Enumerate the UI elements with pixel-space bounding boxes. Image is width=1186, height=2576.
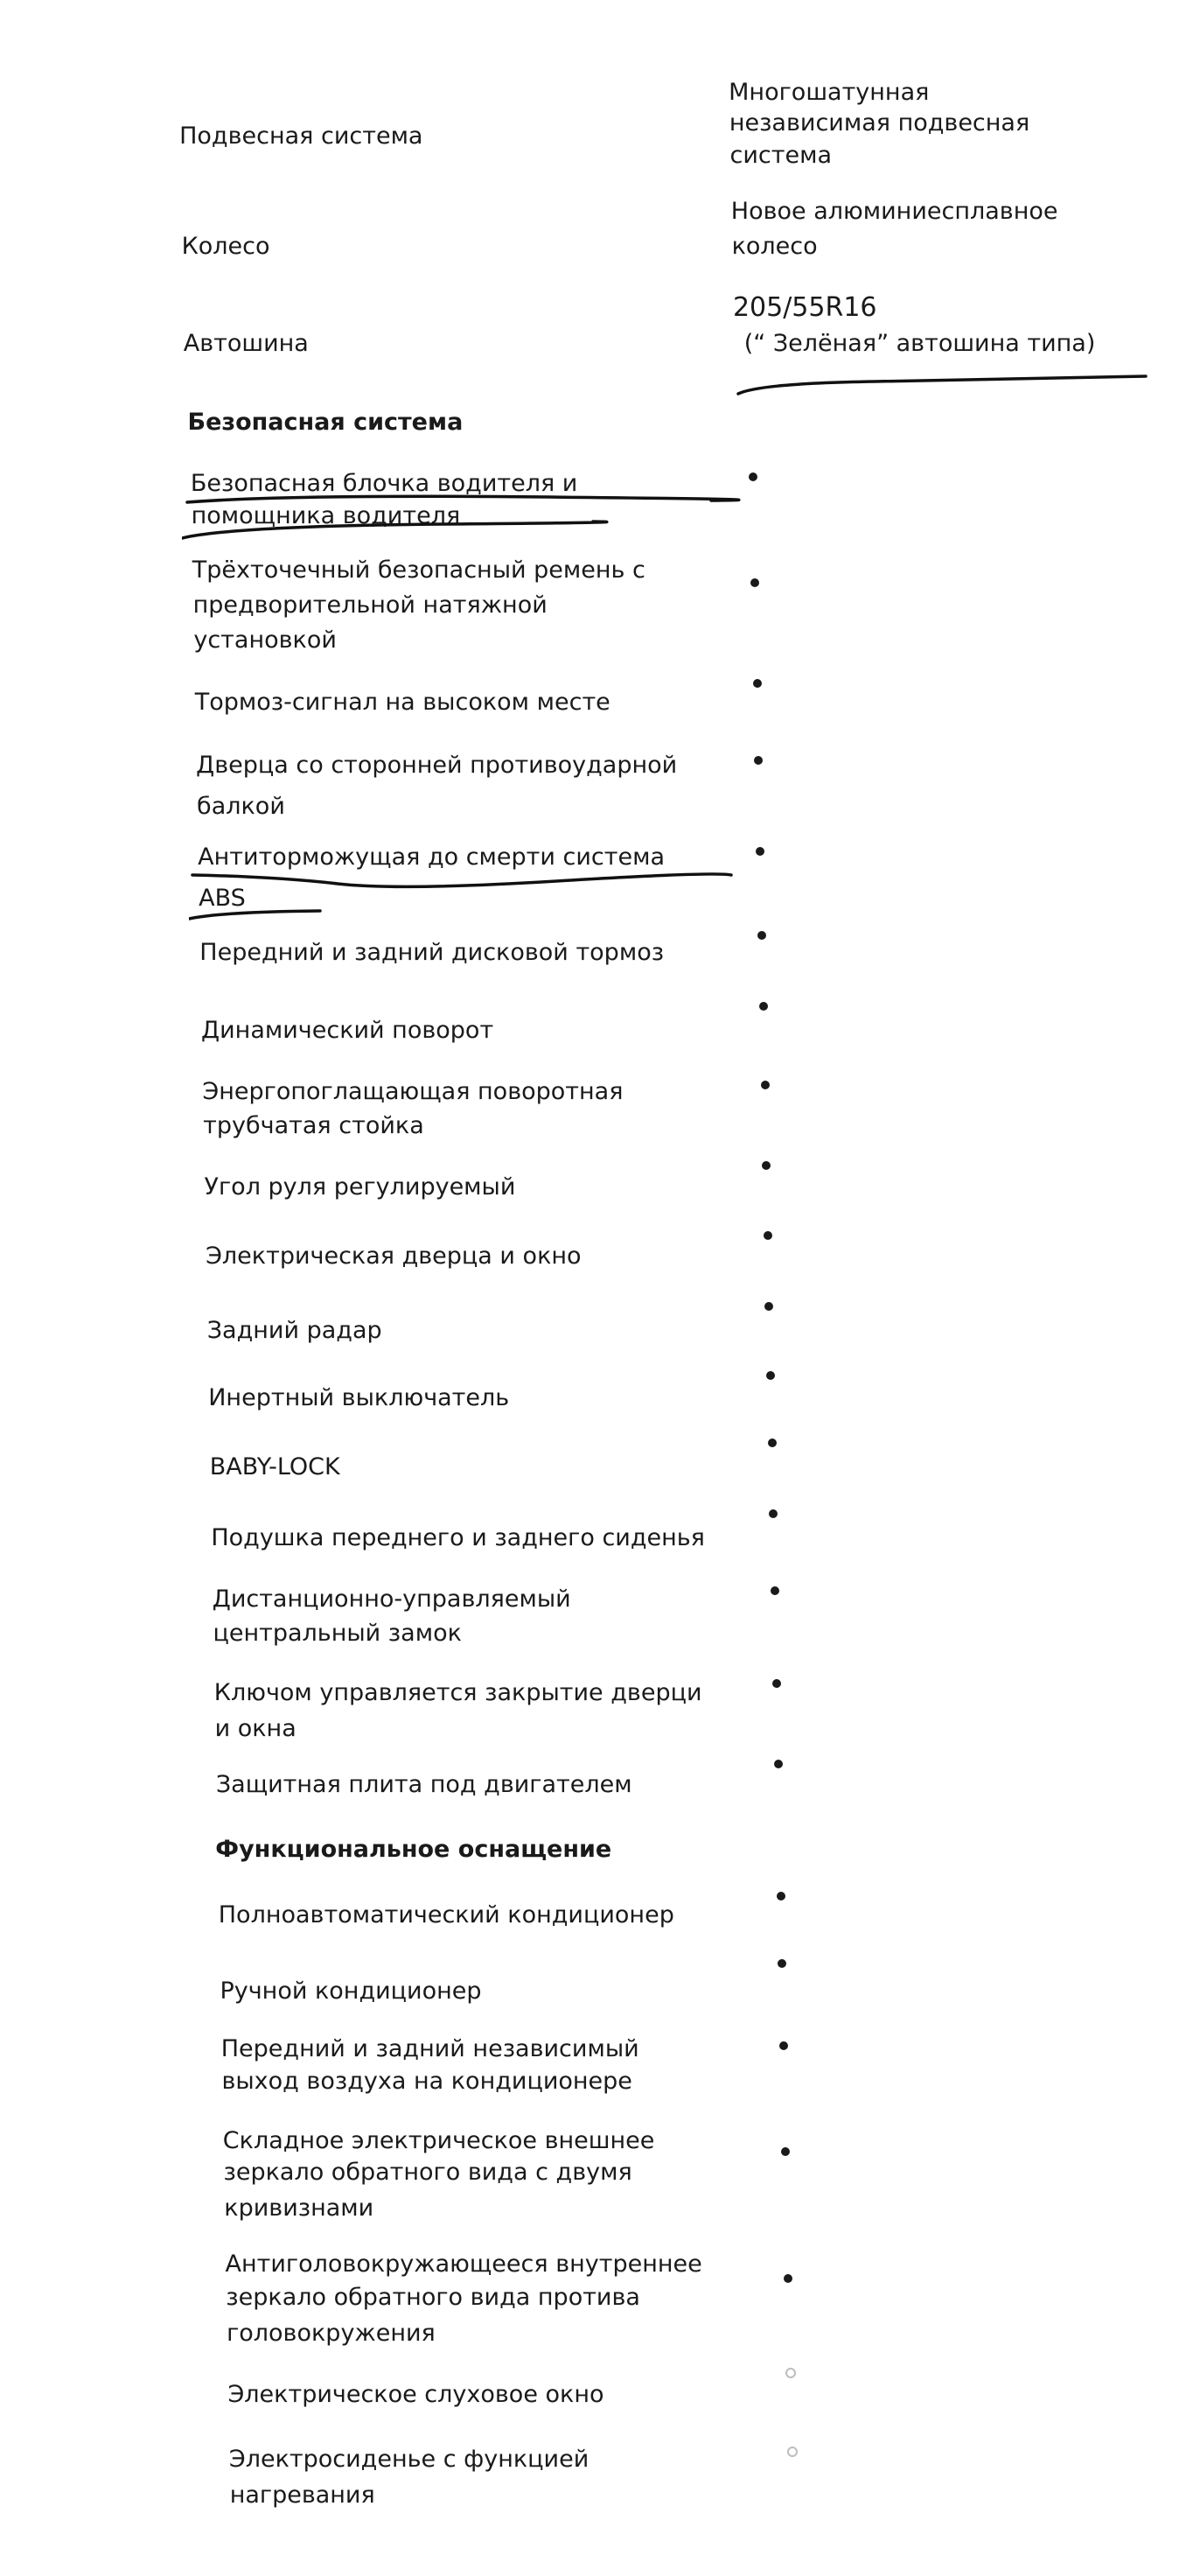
handwritten-underline-tire [735, 367, 1155, 402]
bullet-dot-icon [766, 1371, 775, 1380]
feature-label: Электрическая дверца и окно [206, 1239, 582, 1273]
feature-label: Динамический поворот [201, 1013, 493, 1047]
feature-label: зеркало обратного вида протива [226, 2280, 640, 2314]
feature-label: Трёхточечный безопасный ремень с [192, 553, 645, 587]
feature-label: Тормоз-сигнал на высоком месте [195, 685, 610, 719]
spec-value-tire-size: 205/55R16 [733, 290, 1153, 325]
bullet-dot-icon [772, 1679, 781, 1688]
bullet-dot-icon [768, 1438, 777, 1447]
spec-value-suspension-line1: Многошатунная [729, 75, 1148, 109]
feature-label: Дистанционно-управляемый [213, 1582, 571, 1616]
bullet-dot-icon [762, 1161, 771, 1170]
feature-label: Инертный выключатель [208, 1381, 509, 1415]
feature-label: зеркало обратного вида с двумя [223, 2155, 631, 2189]
feature-label: BABY-LOCK [210, 1450, 340, 1484]
feature-label: трубчатая стойка [203, 1109, 424, 1143]
bullet-dot-icon [759, 1002, 768, 1011]
spec-value-tire-type: (“ Зелёная” автошина типа) [744, 326, 1164, 360]
feature-label: Защитная плита под двигателем [216, 1767, 632, 1802]
feature-label: предворительной натяжной [193, 588, 548, 622]
bullet-dot-icon [784, 2274, 792, 2283]
feature-label: Антиголовокружающееся внутреннее [226, 2247, 702, 2281]
feature-label: Энергопоглащающая поворотная [202, 1074, 623, 1109]
feature-label: Полноавтоматический кондиционер [219, 1898, 674, 1932]
feature-label: Ручной кондиционер [220, 1974, 481, 2008]
spec-value-suspension-line2: независимая подвесная [729, 106, 1149, 140]
bullet-dot-icon [778, 1959, 786, 1968]
bullet-dot-icon [754, 756, 763, 765]
bullet-dot-icon [777, 1892, 785, 1900]
feature-label: Электросиденье с функцией [229, 2442, 589, 2476]
bullet-dot-icon [779, 2041, 788, 2050]
feature-label: выход воздуха на кондиционере [221, 2064, 631, 2098]
bullet-dot-icon [764, 1302, 773, 1311]
spec-sheet-page: Подвесная система Многошатунная независи… [0, 0, 1186, 2576]
feature-label: Дверца со сторонней противоударной [196, 748, 677, 782]
feature-label: установкой [193, 623, 337, 657]
bullet-dot-icon [774, 1760, 783, 1768]
bullet-dot-icon [753, 679, 762, 688]
feature-label: Передний и задний дисковой тормоз [199, 935, 664, 969]
feature-label: головокружения [227, 2316, 436, 2350]
spec-label-tire: Автошина [184, 326, 708, 360]
section-heading: Функциональное оснащение [215, 1832, 611, 1866]
feature-label: Угол руля регулируемый [205, 1170, 516, 1204]
spec-value-wheel-line1: Новое алюминиесплавное [731, 194, 1151, 228]
feature-label: и окна [215, 1711, 296, 1746]
feature-label: Электрическое слуховое окно [227, 2377, 603, 2411]
bullet-dot-icon [769, 1509, 778, 1518]
spec-label-suspension: Подвесная система [179, 119, 704, 153]
spec-label-wheel: Колесо [182, 229, 707, 263]
feature-label: нагревания [230, 2478, 375, 2512]
bullet-dot-icon [750, 578, 759, 587]
feature-label: Передний и задний независимый [221, 2032, 639, 2066]
bullet-dot-icon [781, 2147, 790, 2156]
bullet-dot-icon [764, 1231, 772, 1240]
feature-label: Ключом управляется закрытие дверци [214, 1676, 702, 1710]
feature-label: Подушка переднего и заднего сиденья [211, 1521, 705, 1555]
feature-label: балкой [197, 789, 285, 823]
feature-label: Складное электрическое внешнее [223, 2124, 655, 2158]
feature-label: кривизнами [224, 2191, 373, 2225]
spec-value-suspension-line3: система [730, 138, 1150, 172]
section-heading: Безопасная система [187, 405, 463, 439]
spec-value-wheel-line2: колесо [732, 229, 1152, 263]
bullet-dot-icon [771, 1586, 779, 1595]
bullet-dot-icon [761, 1081, 770, 1089]
feature-label: Задний радар [207, 1313, 382, 1347]
hollow-circle-icon [787, 2446, 798, 2457]
handwritten-underline [189, 840, 801, 951]
feature-label: центральный замок [213, 1616, 461, 1650]
hollow-circle-icon [785, 2368, 796, 2378]
